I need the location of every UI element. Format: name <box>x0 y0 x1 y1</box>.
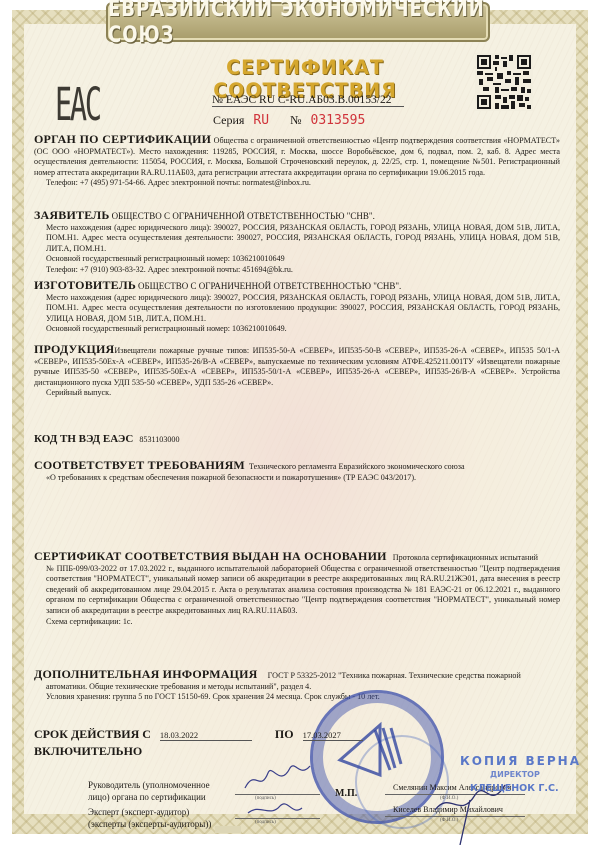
section-manufacturer: ИЗГОТОВИТЕЛЬ ОБЩЕСТВО С ОГРАНИЧЕННОЙ ОТВ… <box>34 280 560 335</box>
series-line: Серия RU № 0313595 <box>213 113 365 128</box>
applicant-contact: Телефон: +7 (910) 903-83-32. Адрес элект… <box>34 265 560 276</box>
manufacturer-ogrn: Основной государственный регистрационный… <box>34 324 560 335</box>
handwritten-signatures-icon <box>240 758 320 828</box>
seal-place-label: М.П. <box>335 788 357 799</box>
validity-from-date: 18.03.2022 <box>160 730 252 741</box>
section-heading: КОД ТН ВЭД ЕАЭС <box>34 433 133 445</box>
series-label: Серия <box>213 113 244 127</box>
additional-lead: ГОСТ Р 53325-2012 "Техника пожарная. Тех… <box>268 671 521 680</box>
hs-code-value: 8531103000 <box>139 435 179 444</box>
expert-label-line1: Эксперт (эксперт-аудитор) <box>88 806 211 818</box>
section-heading: ИЗГОТОВИТЕЛЬ <box>34 278 136 292</box>
copy-certified-stamp: КОПИЯ ВЕРНА ДИРЕКТОР КЛЕЩЕНОК Г.С. <box>460 754 581 796</box>
section-hs-code: КОД ТН ВЭД ЕАЭС 8531103000 <box>34 434 560 446</box>
head-label-line2: лицо) органа по сертификации <box>88 791 210 803</box>
series-value: RU <box>253 113 269 128</box>
eac-mark-icon: ЕАС <box>55 78 100 131</box>
applicant-ogrn: Основной государственный регистрационный… <box>34 254 560 265</box>
product-release: Серийный выпуск. <box>34 388 560 399</box>
section-heading: ДОПОЛНИТЕЛЬНАЯ ИНФОРМАЦИЯ <box>34 667 258 681</box>
validity-inclusive: ВКЛЮЧИТЕЛЬНО <box>34 744 142 759</box>
form-number-value: 0313595 <box>311 113 366 128</box>
union-banner-text: ЕВРАЗИЙСКИЙ ЭКОНОМИЧЕСКИЙ СОЮЗ <box>108 0 488 48</box>
head-signatory-label: Руководитель (уполномоченное лицо) орган… <box>88 779 210 803</box>
expert-signatory-label: Эксперт (эксперт-аудитор) (эксперты (экс… <box>88 806 211 830</box>
head-label-line1: Руководитель (уполномоченное <box>88 779 210 791</box>
copy-stamp-line2: ДИРЕКТОР <box>490 768 581 782</box>
copy-stamp-line1: КОПИЯ ВЕРНА <box>460 754 581 768</box>
section-product: ПРОДУКЦИЯИзвещатели пожарные ручные типо… <box>34 344 560 399</box>
union-banner: ЕВРАЗИЙСКИЙ ЭКОНОМИЧЕСКИЙ СОЮЗ <box>106 2 490 42</box>
validity-period: СРОК ДЕЙСТВИЯ С 18.03.2022 ПО 17.03.2027 <box>34 727 363 742</box>
requirements-text: «О требованиях к средствам обеспечения п… <box>34 473 560 484</box>
printer-imprint <box>215 826 241 833</box>
section-heading: ПРОДУКЦИЯ <box>34 342 114 356</box>
section-issue-basis: СЕРТИФИКАТ СООТВЕТСТВИЯ ВЫДАН НА ОСНОВАН… <box>34 551 560 627</box>
section-heading: ОРГАН ПО СЕРТИФИКАЦИИ <box>34 132 211 146</box>
basis-text: № ППБ-099/03-2022 от 17.03.2022 г., выда… <box>34 564 560 617</box>
section-requirements: СООТВЕТСТВУЕТ ТРЕБОВАНИЯМ Технического р… <box>34 460 560 483</box>
validity-to-date: 17.03.2027 <box>303 730 363 741</box>
form-number-label: № <box>290 113 301 127</box>
section-applicant: ЗАЯВИТЕЛЬ ОБЩЕСТВО С ОГРАНИЧЕННОЙ ОТВЕТС… <box>34 210 560 276</box>
applicant-address: Место нахождения (адрес юридического лиц… <box>34 223 560 255</box>
section-heading: СООТВЕТСТВУЕТ ТРЕБОВАНИЯМ <box>34 458 245 472</box>
applicant-org: ОБЩЕСТВО С ОГРАНИЧЕННОЙ ОТВЕТСТВЕННОСТЬЮ… <box>112 211 375 221</box>
additional-text: автоматики. Общие технические требования… <box>34 682 560 693</box>
section-additional-info: ДОПОЛНИТЕЛЬНАЯ ИНФОРМАЦИЯ ГОСТ Р 53325-2… <box>34 669 560 703</box>
section-heading: СЕРТИФИКАТ СООТВЕТСТВИЯ ВЫДАН НА ОСНОВАН… <box>34 549 387 563</box>
requirements-lead: Технического регламента Евразийского эко… <box>249 462 465 471</box>
expert-label-line2: (эксперты (эксперты-аудиторы)) <box>88 818 211 830</box>
section-heading: ЗАЯВИТЕЛЬ <box>34 208 110 222</box>
certificate-number: № ЕАЭС RU С-RU.АБ03.В.00153/22 <box>212 94 404 107</box>
additional-storage: Условия хранения: группа 5 по ГОСТ 15150… <box>34 692 560 703</box>
certification-body-contact: Телефон: +7 (495) 971-54-66. Адрес элект… <box>34 178 560 189</box>
basis-scheme: Схема сертификации: 1с. <box>34 617 560 628</box>
validity-from-label: СРОК ДЕЙСТВИЯ С <box>34 727 151 741</box>
copy-stamp-line3: КЛЕЩЕНОК Г.С. <box>470 782 581 796</box>
qr-code-icon[interactable] <box>475 52 533 112</box>
basis-lead: Протокола сертификационных испытаний <box>393 553 538 562</box>
section-certification-body: ОРГАН ПО СЕРТИФИКАЦИИ Общества с огранич… <box>34 134 560 189</box>
manufacturer-org: ОБЩЕСТВО С ОГРАНИЧЕННОЙ ОТВЕТСТВЕННОСТЬЮ… <box>138 281 401 291</box>
manufacturer-address: Место нахождения (адрес юридического лиц… <box>34 293 560 325</box>
validity-to-label: ПО <box>275 727 294 741</box>
